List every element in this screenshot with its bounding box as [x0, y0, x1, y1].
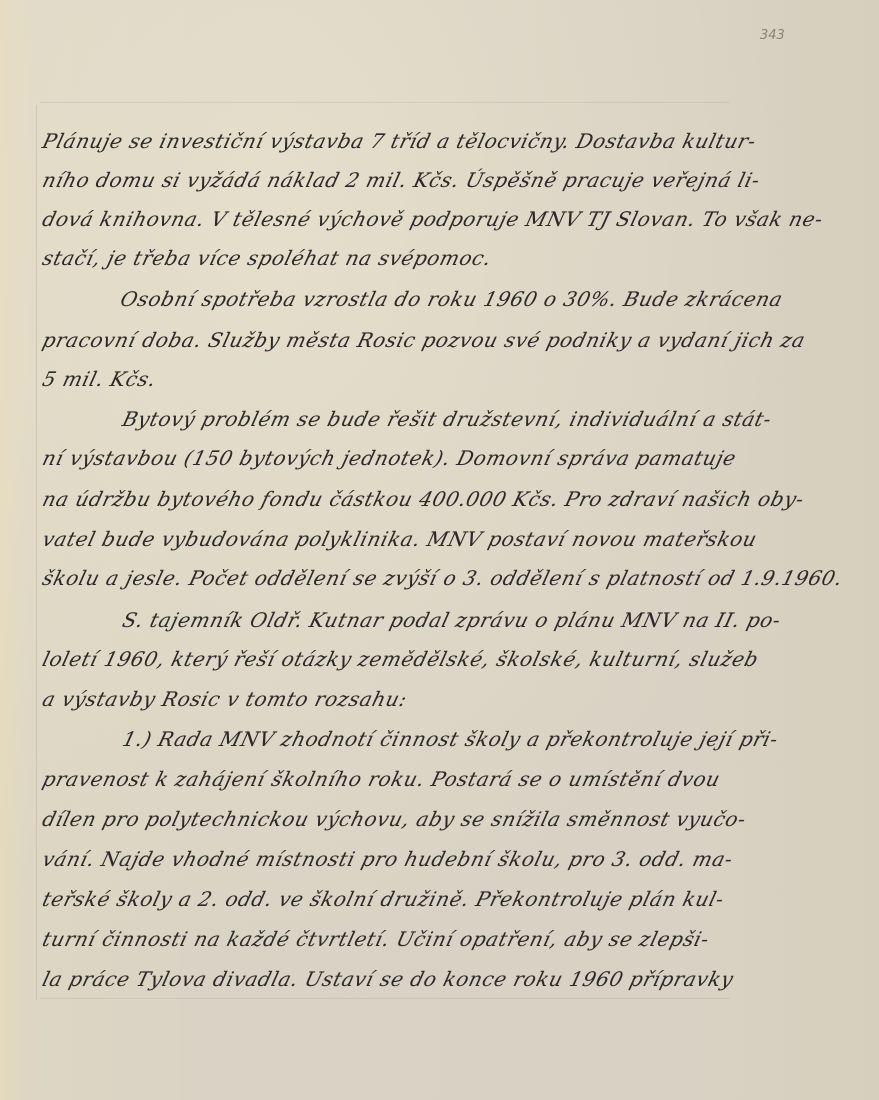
- text-line: dílen pro polytechnickou výchovu, aby se…: [40, 807, 749, 831]
- text-line: la práce Tylova divadla. Ustaví se do ko…: [40, 967, 736, 991]
- top-rule-line: [40, 102, 730, 103]
- text-line: dová knihovna. V tělesné výchově podporu…: [40, 207, 826, 231]
- text-line: ní výstavbou (150 bytových jednotek). Do…: [40, 446, 739, 470]
- bottom-rule-line: [40, 998, 730, 999]
- manuscript-page: 343 Plánuje se investiční výstavba 7 tří…: [0, 0, 879, 1100]
- text-line: stačí, je třeba více spoléhat na svépomo…: [40, 246, 494, 270]
- text-line: 1.) Rada MNV zhodnotí činnost školy a př…: [120, 727, 781, 751]
- page-number: 343: [760, 28, 785, 43]
- text-line: a výstavby Rosic v tomto rozsahu:: [40, 687, 410, 711]
- text-line: pracovní doba. Služby města Rosic pozvou…: [40, 328, 808, 352]
- text-line: ního domu si vyžádá náklad 2 mil. Kčs. Ú…: [40, 168, 763, 192]
- text-line: školu a jesle. Počet oddělení se zvýší o…: [40, 566, 845, 590]
- text-line: vatel bude vybudována polyklinika. MNV p…: [40, 527, 760, 551]
- text-line: Plánuje se investiční výstavba 7 tříd a …: [40, 129, 759, 153]
- text-line: Bytový problém se bude řešit družstevní,…: [120, 407, 774, 431]
- text-line: pravenost k zahájení školního roku. Post…: [40, 767, 723, 791]
- left-margin-line: [36, 105, 37, 1000]
- text-line: turní činnosti na každé čtvrtletí. Učiní…: [40, 927, 712, 951]
- text-line: teřské školy a 2. odd. ve školní družině…: [40, 887, 727, 911]
- text-line: vání. Najde vhodné místnosti pro hudební…: [40, 847, 736, 871]
- text-line: loletí 1960, který řeší otázky zemědělsk…: [40, 647, 761, 671]
- text-line: na údržbu bytového fondu částkou 400.000…: [40, 487, 807, 511]
- text-line: Osobní spotřeba vzrostla do roku 1960 o …: [118, 287, 786, 311]
- text-line: S. tajemník Oldř. Kutnar podal zprávu o …: [120, 608, 784, 632]
- text-line: 5 mil. Kčs.: [40, 367, 159, 391]
